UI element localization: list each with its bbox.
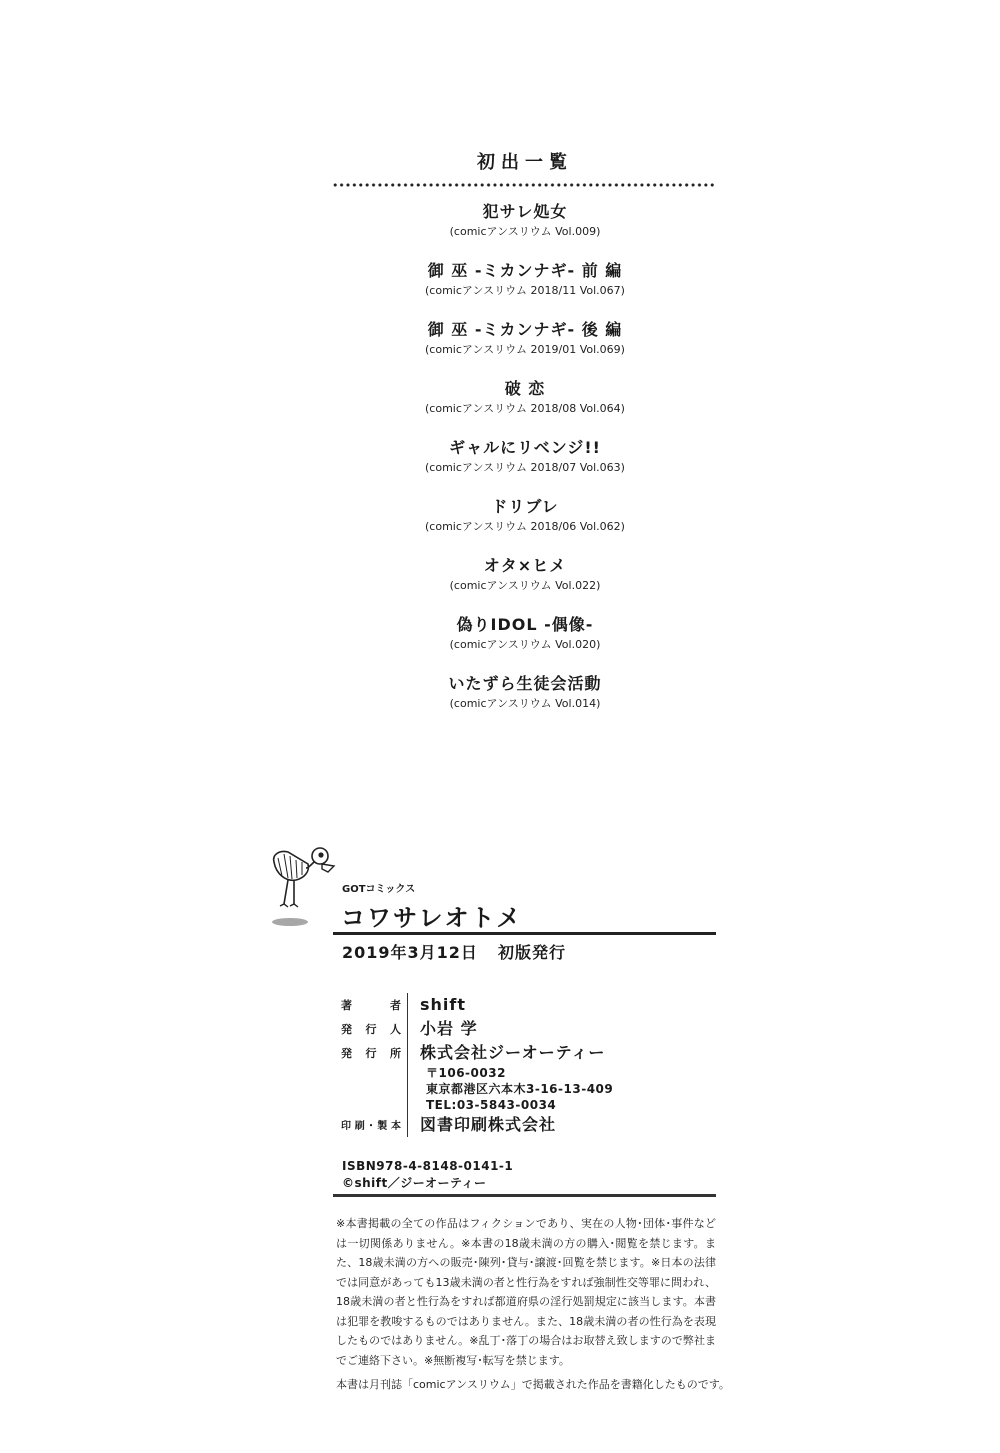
first-appearance-list: 犯サレ処女 (comicアンスリウム Vol.009) 御 巫 -ミカンナギ- … (330, 200, 720, 731)
telephone: TEL:03-5843-0034 (420, 1097, 613, 1113)
credit-label: 発行所 (341, 1041, 401, 1061)
credit-separator (407, 1041, 408, 1113)
date: 2019年3月12日 (342, 943, 478, 962)
work-entry: 偽りIDOL -偶像- (comicアンスリウム Vol.020) (330, 613, 720, 672)
address: 東京都港区六本木3-16-13-409 (420, 1081, 613, 1097)
book-title: コワサレオトメ (341, 898, 522, 933)
credits-table: 著 者 shift 発行人 小岩 学 発行所 株式会社ジーオーティー 〒106-… (341, 993, 641, 1137)
credit-label: 発行人 (341, 1017, 401, 1037)
credit-separator (407, 1017, 408, 1041)
colophon-page: 初出一覧 犯サレ処女 (comicアンスリウム Vol.009) 御 巫 -ミカ… (0, 0, 1000, 1453)
work-entry: 犯サレ処女 (comicアンスリウム Vol.009) (330, 200, 720, 259)
bird-mascot-icon (268, 842, 340, 930)
work-source: (comicアンスリウム 2019/01 Vol.069) (330, 342, 720, 357)
work-source: (comicアンスリウム 2018/07 Vol.063) (330, 460, 720, 475)
legal-notice: ※本書掲載の全ての作品はフィクションであり、実在の人物･団体･事件などは一切関係… (336, 1214, 716, 1370)
postal-code: 〒106-0032 (420, 1065, 613, 1081)
notice-divider (333, 1194, 716, 1197)
work-title: オタ×ヒメ (330, 554, 720, 578)
first-appearance-heading: 初出一覧 (330, 148, 720, 174)
work-source: (comicアンスリウム Vol.020) (330, 637, 720, 652)
publisher-block: 株式会社ジーオーティー 〒106-0032 東京都港区六本木3-16-13-40… (420, 1041, 613, 1113)
work-source: (comicアンスリウム 2018/06 Vol.062) (330, 519, 720, 534)
work-source: (comicアンスリウム 2018/11 Vol.067) (330, 283, 720, 298)
work-entry: 破 恋 (comicアンスリウム 2018/08 Vol.064) (330, 377, 720, 436)
work-entry: ギャルにリベンジ!! (comicアンスリウム 2018/07 Vol.063) (330, 436, 720, 495)
credit-row-publisher: 発行所 株式会社ジーオーティー 〒106-0032 東京都港区六本木3-16-1… (341, 1041, 641, 1113)
dotted-divider (332, 183, 716, 187)
work-title: 犯サレ処女 (330, 200, 720, 224)
work-source: (comicアンスリウム 2018/08 Vol.064) (330, 401, 720, 416)
work-source: (comicアンスリウム Vol.022) (330, 578, 720, 593)
imprint-label: GOTコミックス (342, 880, 415, 895)
work-title: ドリブレ (330, 495, 720, 519)
work-source: (comicアンスリウム Vol.009) (330, 224, 720, 239)
credit-separator (407, 993, 408, 1017)
work-entry: 御 巫 -ミカンナギ- 後 編 (comicアンスリウム 2019/01 Vol… (330, 318, 720, 377)
work-title: いたずら生徒会活動 (330, 672, 720, 696)
credit-value: 小岩 学 (420, 1017, 478, 1041)
isbn: ISBN978-4-8148-0141-1 (342, 1158, 513, 1175)
work-title: 破 恋 (330, 377, 720, 401)
credit-label: 著 者 (341, 993, 401, 1013)
work-title: 偽りIDOL -偶像- (330, 613, 720, 637)
credit-row-publisher-person: 発行人 小岩 学 (341, 1017, 641, 1041)
credit-value: 株式会社ジーオーティー (420, 1041, 613, 1065)
credit-separator (407, 1113, 408, 1137)
work-source: (comicアンスリウム Vol.014) (330, 696, 720, 711)
copyright: ©shift／ジーオーティー (342, 1175, 513, 1192)
credit-label: 印刷･製本 (341, 1113, 401, 1132)
publication-note: 本書は月刊誌「comicアンスリウム」で掲載された作品を書籍化したものです。 (336, 1376, 736, 1392)
isbn-block: ISBN978-4-8148-0141-1 ©shift／ジーオーティー (342, 1158, 513, 1192)
work-entry: オタ×ヒメ (comicアンスリウム Vol.022) (330, 554, 720, 613)
title-divider (333, 932, 716, 935)
work-title: ギャルにリベンジ!! (330, 436, 720, 460)
credit-row-printer: 印刷･製本 図書印刷株式会社 (341, 1113, 641, 1137)
work-title: 御 巫 -ミカンナギ- 後 編 (330, 318, 720, 342)
work-title: 御 巫 -ミカンナギ- 前 編 (330, 259, 720, 283)
work-entry: ドリブレ (comicアンスリウム 2018/06 Vol.062) (330, 495, 720, 554)
work-entry: いたずら生徒会活動 (comicアンスリウム Vol.014) (330, 672, 720, 731)
edition: 初版発行 (498, 943, 566, 962)
credit-value: shift (420, 993, 466, 1017)
publication-date: 2019年3月12日初版発行 (342, 940, 566, 963)
credit-value: 図書印刷株式会社 (420, 1113, 556, 1137)
work-entry: 御 巫 -ミカンナギ- 前 編 (comicアンスリウム 2018/11 Vol… (330, 259, 720, 318)
credit-row-author: 著 者 shift (341, 993, 641, 1017)
